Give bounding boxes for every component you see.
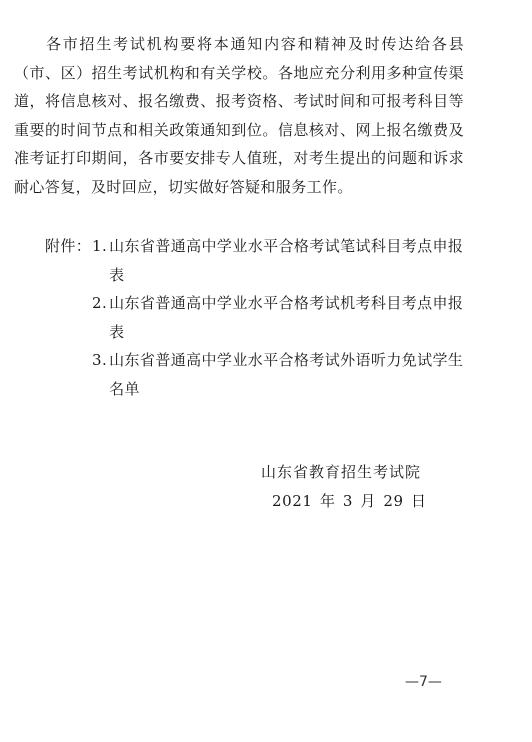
attachment-title: 山东省普通高中学业水平合格考试笔试科目考点申报表 [109, 232, 464, 289]
attachments-section: 附件： 1. 山东省普通高中学业水平合格考试笔试科目考点申报表 2. 山东省普通… [45, 232, 465, 403]
attachments-list: 1. 山东省普通高中学业水平合格考试笔试科目考点申报表 2. 山东省普通高中学业… [92, 232, 465, 403]
attachment-item-2: 2. 山东省普通高中学业水平合格考试机考科目考点申报表 [92, 289, 465, 346]
attachments-label: 附件： [45, 232, 92, 403]
body-paragraph: 各市招生考试机构要将本通知内容和精神及时传达给各县（市、区）招生考试机构和有关学… [14, 30, 464, 201]
attachment-number: 2. [92, 289, 107, 346]
attachment-item-1: 1. 山东省普通高中学业水平合格考试笔试科目考点申报表 [92, 232, 465, 289]
attachment-number: 1. [92, 232, 107, 289]
document-page: 各市招生考试机构要将本通知内容和精神及时传达给各县（市、区）招生考试机构和有关学… [0, 0, 532, 742]
page-number: —7— [405, 674, 442, 690]
attachment-number: 3. [92, 346, 107, 403]
signature-organization: 山东省教育招生考试院 [261, 458, 421, 486]
signature-date: 2021 年 3 月 29 日 [272, 487, 427, 515]
attachment-title: 山东省普通高中学业水平合格考试机考科目考点申报表 [109, 289, 464, 346]
attachment-item-3: 3. 山东省普通高中学业水平合格考试外语听力免试学生名单 [92, 346, 465, 403]
attachment-title: 山东省普通高中学业水平合格考试外语听力免试学生名单 [109, 346, 464, 403]
